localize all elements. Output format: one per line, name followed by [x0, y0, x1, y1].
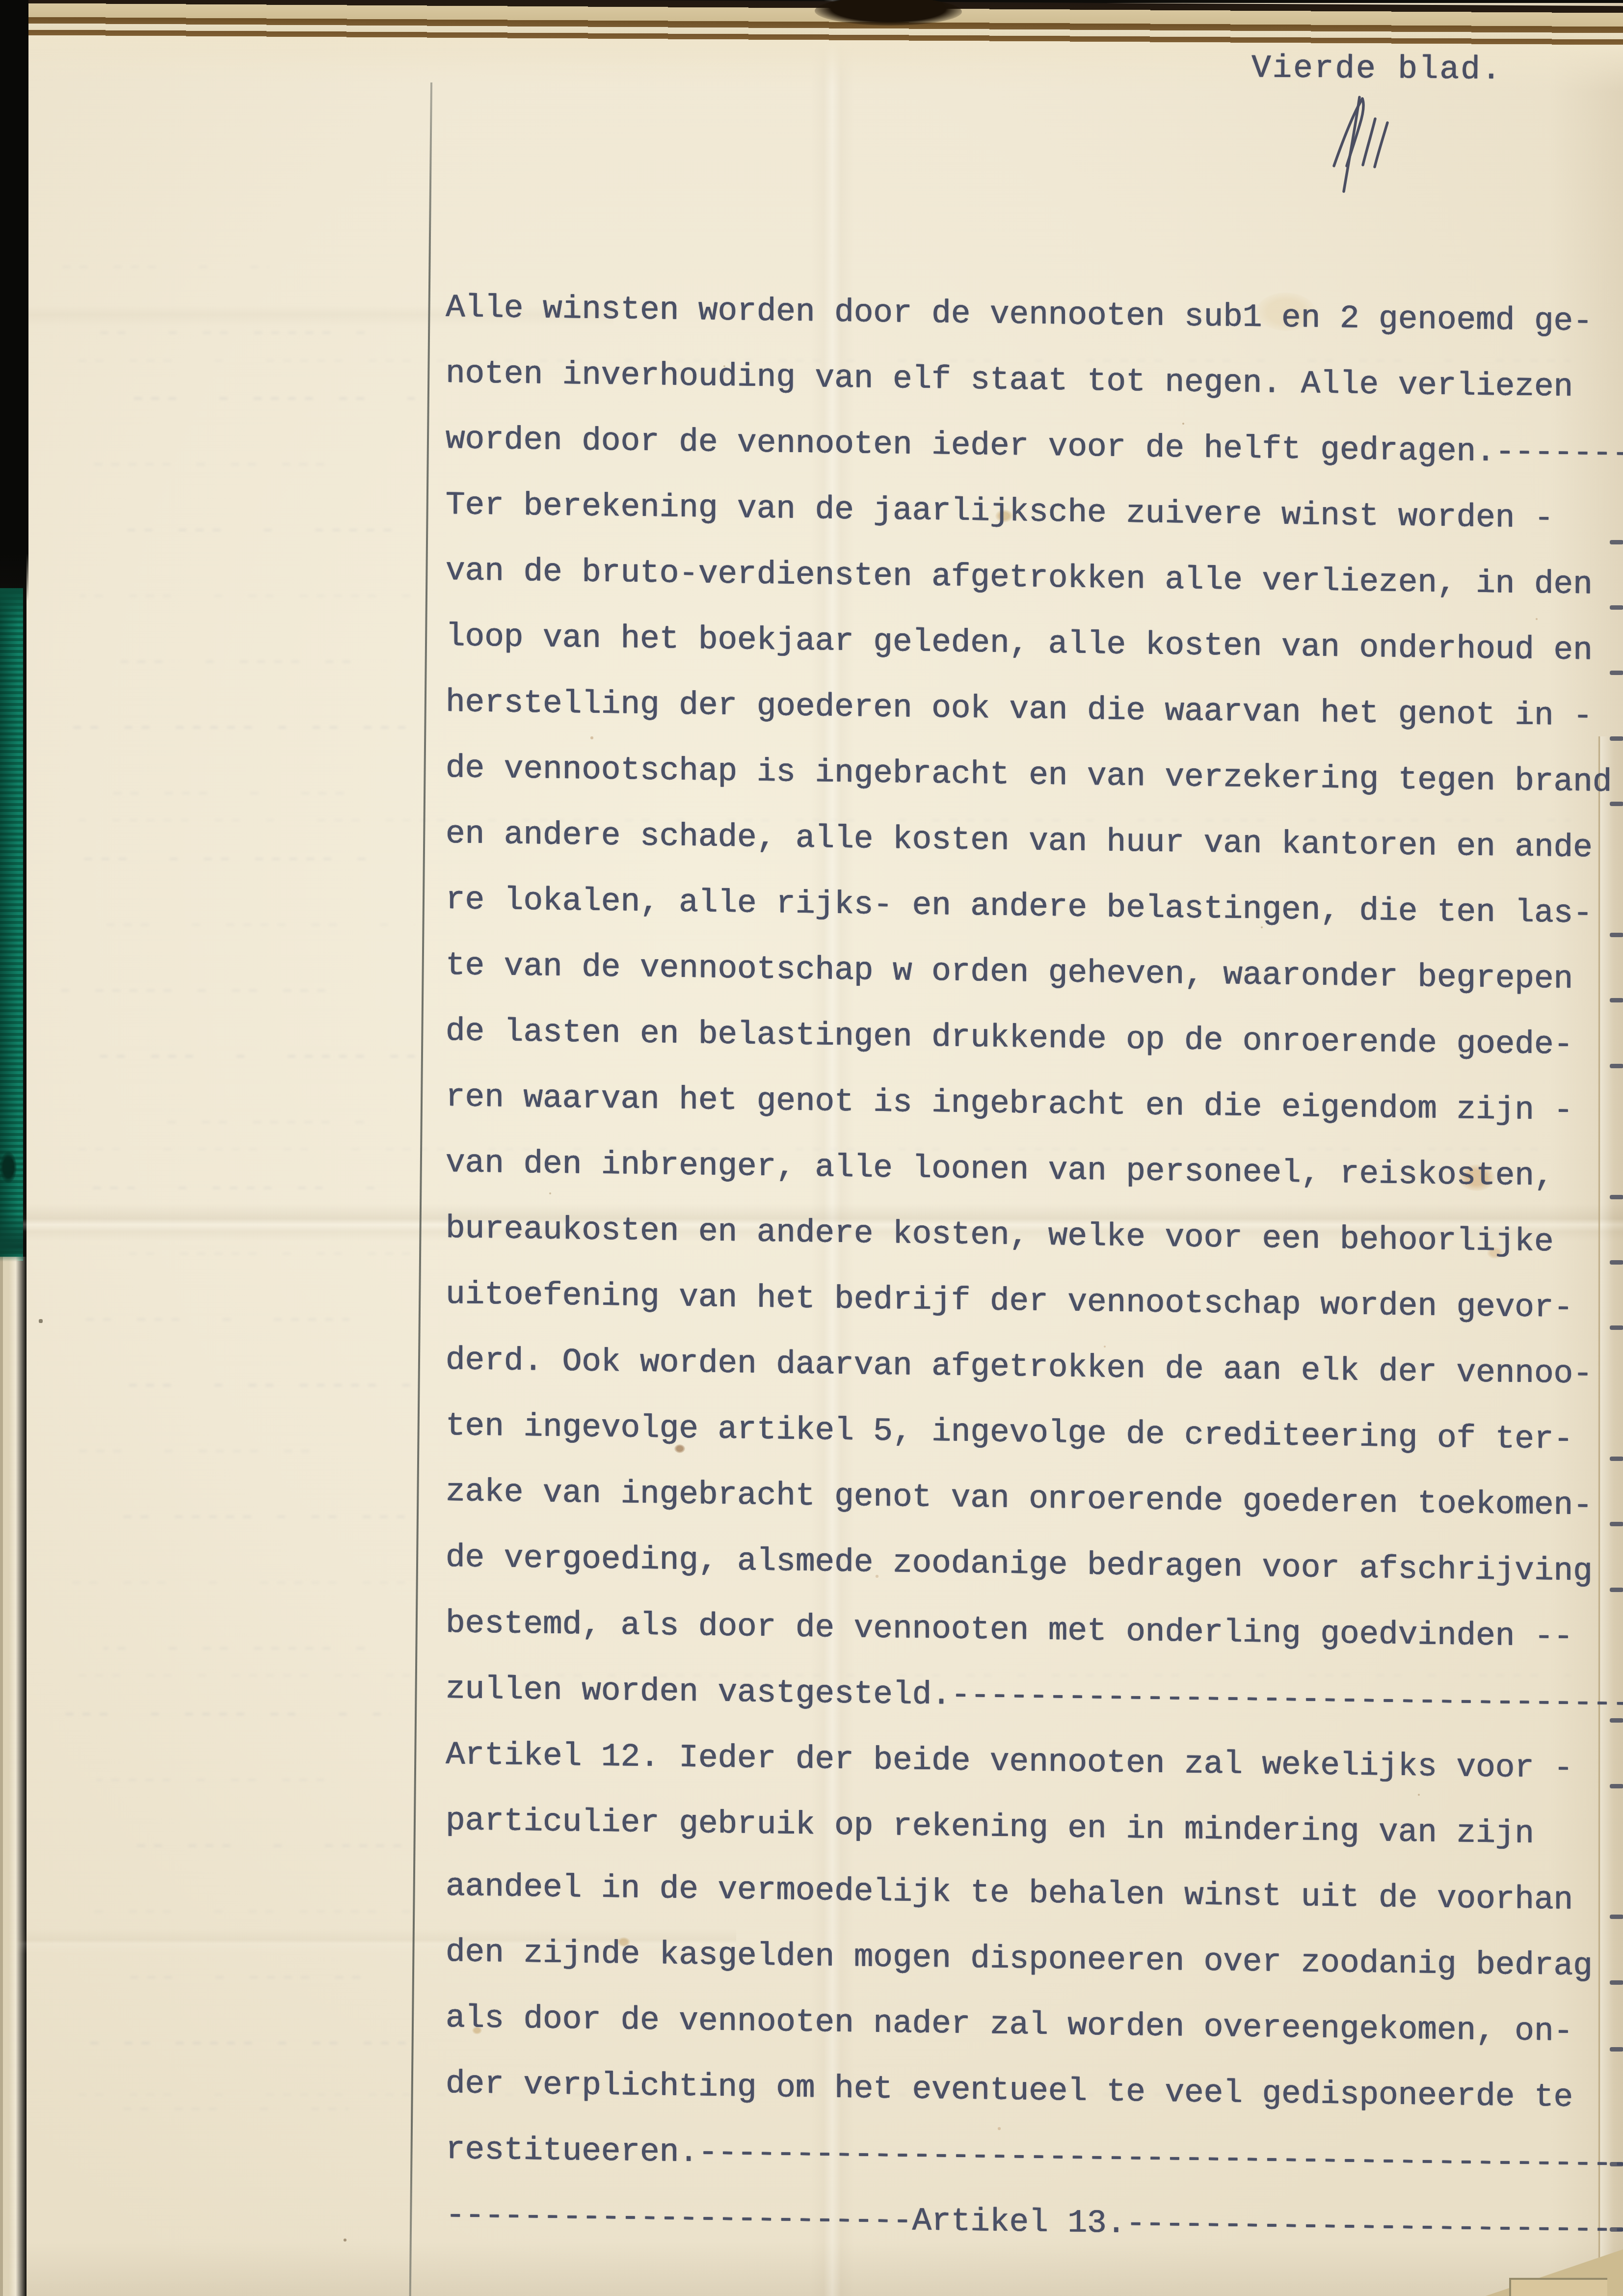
ghost-line: --- -- - ----- -- -- - -- --- - ----- --… — [110, 1503, 409, 1532]
left-paper-edge — [0, 1257, 27, 2296]
ghost-line: - ----- -- - --- ---- --- - ---- -- - --… — [80, 582, 415, 611]
ghost-line: --- - ---- -- - ---- --- -- - ----- -- -… — [130, 384, 415, 414]
ghost-line: --- -- - ----- -- -- - -- --- - ----- --… — [73, 713, 410, 743]
ghost-line: --- - ---- -- - ---- --- -- - ----- -- -… — [61, 1700, 391, 1729]
ghost-line: -- --- - ----- --- - - ----- -- - --- --… — [109, 779, 348, 809]
ghost-line: -- --- - ----- --- - - ----- -- - --- --… — [133, 1832, 415, 1861]
scanned-document: -- --- - ----- --- - - ----- -- - --- --… — [0, 0, 1623, 2296]
ghost-line: --- -- - ----- -- -- - -- --- - ----- --… — [87, 450, 329, 480]
ghost-line: -- --- - ----- --- - - ----- -- - --- --… — [68, 1568, 415, 1598]
binding-edge-green-bottom — [0, 1213, 23, 1262]
corner-fold-notch — [1509, 2278, 1607, 2296]
ghost-line: -- --- - ----- --- - - ----- -- - --- --… — [58, 253, 269, 282]
ghost-line: --- - ---- -- - ---- --- -- - ----- -- -… — [116, 648, 389, 677]
ghost-line: --- - ---- -- - ---- --- -- - ----- -- -… — [126, 1963, 389, 1993]
ghost-line: - ----- -- - --- ---- --- - ---- -- - --… — [117, 1371, 415, 1401]
page-header: Vierde blad. — [1251, 35, 1503, 103]
ghost-line: -- --- - ----- --- - - ----- -- - --- --… — [95, 1042, 415, 1072]
ghost-line: --- - ---- -- - ---- --- -- - ----- -- -… — [75, 1437, 309, 1466]
ghost-line: -- --- - ----- --- - - ----- -- - --- --… — [123, 516, 415, 545]
binding-edge-dark-spot — [0, 1152, 17, 1183]
ghost-line: --- -- - ----- -- -- - -- --- - ----- --… — [97, 1766, 329, 1795]
scan-edge-black — [0, 0, 28, 601]
ghost-line: --- -- - ----- -- -- - -- --- - ----- --… — [83, 2029, 410, 2058]
ghost-line: - ----- -- - --- ---- --- - ---- -- - --… — [131, 1108, 368, 1137]
ghost-line: - ----- -- - --- ---- --- - ---- -- - --… — [90, 1897, 415, 1927]
ghost-line: --- -- - ----- -- -- - -- --- - ----- --… — [124, 1240, 415, 1269]
ghost-line: - ----- -- - --- ---- --- - ---- -- - --… — [104, 1634, 369, 1664]
ghost-line: --- - ---- -- - ---- --- -- - ----- -- -… — [102, 911, 415, 940]
ghost-line: --- - ---- -- - ---- --- -- - ----- -- -… — [88, 1174, 390, 1203]
typed-text-block: Alle winsten worden door de vennooten su… — [446, 275, 1623, 2263]
binding-edge-green-top — [0, 588, 23, 622]
ghost-line: -- --- - ----- --- - - ----- -- - --- --… — [81, 1305, 349, 1335]
ghost-line: --- -- - ----- -- -- - -- --- - ----- --… — [59, 976, 330, 1006]
ghost-line: - ----- -- - --- ---- --- - ---- -- - --… — [66, 845, 370, 874]
